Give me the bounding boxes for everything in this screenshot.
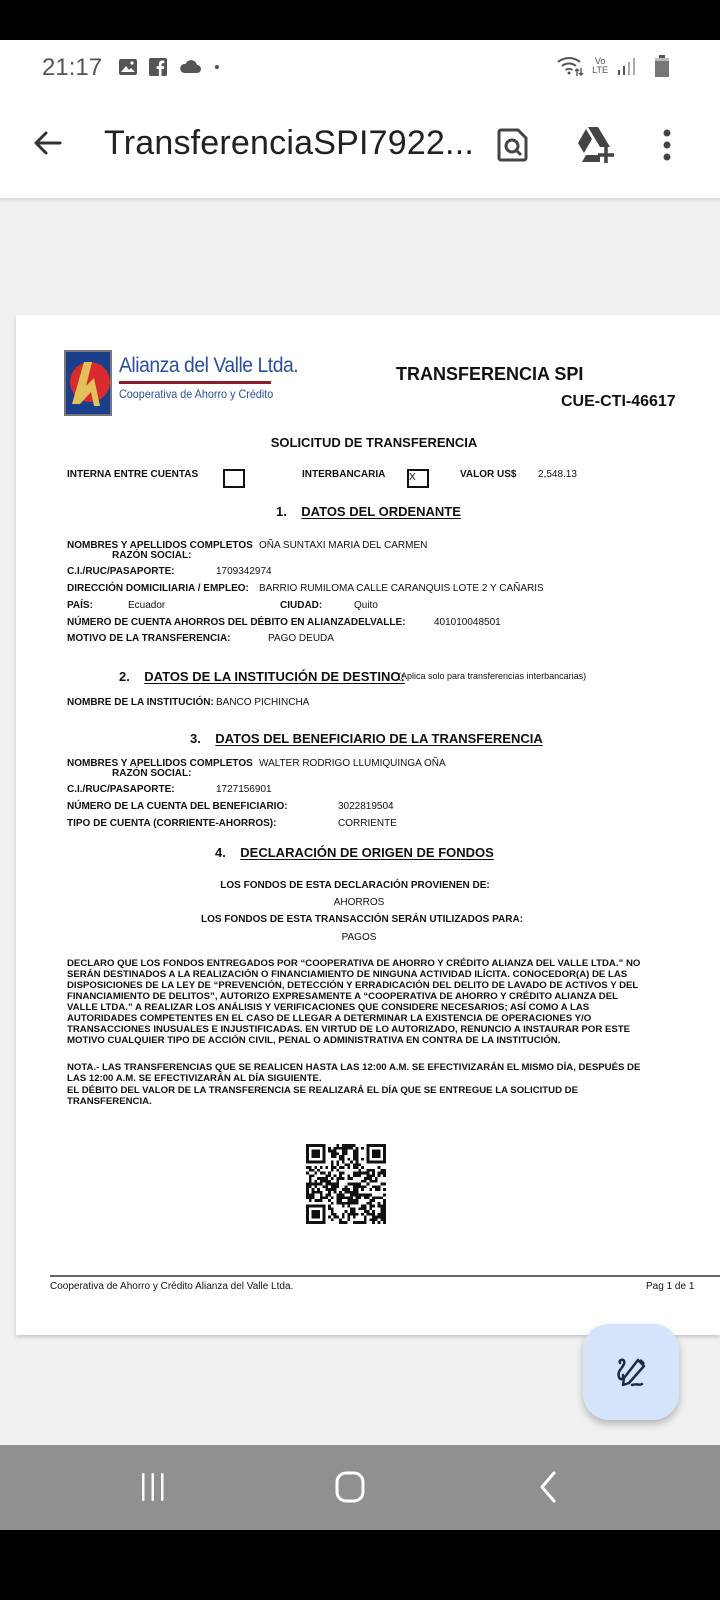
back-icon[interactable]	[536, 1469, 560, 1505]
more-vert-icon[interactable]	[656, 125, 678, 165]
beneficiary-account-value: 3022819504	[338, 801, 394, 812]
page-number: Pag 1 de 1	[646, 1281, 694, 1292]
orderer-business-name-label: RAZÓN SOCIAL:	[112, 550, 191, 561]
system-navigation-bar	[0, 1445, 720, 1530]
internal-transfer-checkbox	[223, 469, 245, 488]
funds-use-value: PAGOS	[342, 932, 377, 943]
funds-origin-value: AHORROS	[334, 897, 385, 908]
beneficiary-name-value: WALTER RODRIGO LLUMIQUINGA OÑA	[259, 758, 446, 769]
orderer-account-label: NÚMERO DE CUENTA AHORROS DEL DÉBITO EN A…	[67, 617, 406, 628]
document-title: TransferenciaSPI7922...	[104, 124, 474, 163]
add-to-drive-icon[interactable]	[574, 125, 616, 165]
home-icon[interactable]	[332, 1469, 368, 1505]
document-heading: TRANSFERENCIA SPI	[396, 364, 583, 385]
cooperative-logo	[64, 350, 112, 416]
orderer-address-label: DIRECCIÓN DOMICILIARIA / EMPLEO:	[67, 583, 249, 594]
signal-icon	[616, 55, 636, 77]
orderer-city-label: CIUDAD:	[280, 600, 322, 611]
section-4-heading: 4. DECLARACIÓN DE ORIGEN DE FONDOS	[215, 845, 494, 860]
cloud-icon	[178, 57, 202, 77]
interbank-transfer-label: INTERBANCARIA	[302, 469, 385, 480]
volte-icon: Vo LTE	[592, 57, 608, 75]
logo-underline	[119, 381, 271, 384]
orderer-country-value: Ecuador	[128, 600, 165, 611]
account-type-label: TIPO DE CUENTA (CORRIENTE-AHORROS):	[67, 818, 276, 829]
logo-subtitle: Cooperativa de Ahorro y Crédito	[119, 387, 273, 401]
document-code: CUE-CTI-46617	[561, 393, 676, 411]
app-bar: TransferenciaSPI7922...	[0, 95, 720, 198]
orderer-id-label: C.I./RUC/PASAPORTE:	[67, 566, 175, 577]
logo-name: Alianza del Valle Ltda.	[119, 354, 298, 378]
account-type-value: CORRIENTE	[338, 818, 397, 829]
transfer-reason-value: PAGO DEUDA	[268, 633, 334, 644]
orderer-account-value: 401010048501	[434, 617, 501, 628]
camera-cutout-area	[0, 0, 720, 40]
institution-label: NOMBRE DE LA INSTITUCIÓN:	[67, 697, 214, 708]
dot-icon	[212, 57, 226, 77]
schedule-note: NOTA.- LAS TRANSFERENCIAS QUE SE REALICE…	[67, 1062, 647, 1084]
funds-origin-label: LOS FONDOS DE ESTA DECLARACIÓN PROVIENEN…	[220, 880, 489, 891]
bottom-bezel	[0, 1530, 720, 1600]
value-label: VALOR US$	[460, 469, 517, 480]
section-1-heading: 1. DATOS DEL ORDENANTE	[276, 504, 461, 519]
orderer-name-value: OÑA SUNTAXI MARIA DEL CARMEN	[259, 540, 427, 551]
funds-use-label: LOS FONDOS DE ESTA TRANSACCIÓN SERÁN UTI…	[201, 914, 523, 925]
section-3-heading: 3. DATOS DEL BENEFICIARIO DE LA TRANSFER…	[190, 731, 543, 746]
orderer-address-value: BARRIO RUMILOMA CALLE CARANQUIS LOTE 2 Y…	[259, 583, 544, 594]
institution-value: BANCO PICHINCHA	[216, 697, 309, 708]
annotate-pen-icon	[614, 1355, 648, 1389]
footer-organization: Cooperativa de Ahorro y Crédito Alianza …	[50, 1281, 293, 1292]
transfer-reason-label: MOTIVO DE LA TRANSFERENCIA:	[67, 633, 231, 644]
beneficiary-account-label: NÚMERO DE LA CUENTA DEL BENEFICIARIO:	[67, 801, 288, 812]
section-2-note: (Aplica solo para transferencias interba…	[398, 671, 586, 681]
orderer-country-label: PAÍS:	[67, 600, 93, 611]
back-arrow-icon[interactable]	[30, 125, 66, 161]
qr-code	[306, 1144, 386, 1224]
internal-transfer-label: INTERNA ENTRE CUENTAS	[67, 469, 198, 480]
pdf-page: Alianza del Valle Ltda. Cooperativa de A…	[16, 315, 720, 1335]
beneficiary-id-value: 1727156901	[216, 784, 272, 795]
status-bar: 21:17 Vo LTE	[0, 40, 720, 95]
wifi-icon	[556, 54, 584, 78]
orderer-id-value: 1709342974	[216, 566, 272, 577]
request-title: SOLICITUD DE TRANSFERENCIA	[271, 435, 478, 450]
interbank-transfer-checkbox: X	[407, 469, 429, 488]
debit-note: EL DÉBITO DEL VALOR DE LA TRANSFERENCIA …	[67, 1085, 647, 1107]
gallery-icon	[118, 57, 138, 77]
battery-icon	[654, 54, 670, 78]
value-amount: 2,548.13	[538, 469, 577, 480]
beneficiary-id-label: C.I./RUC/PASAPORTE:	[67, 784, 175, 795]
orderer-city-value: Quito	[354, 600, 378, 611]
find-in-document-icon[interactable]	[496, 127, 530, 163]
pdf-viewer[interactable]: Alianza del Valle Ltda. Cooperativa de A…	[0, 198, 720, 1445]
status-time: 21:17	[42, 54, 102, 82]
footer-divider	[50, 1275, 720, 1277]
recents-icon[interactable]	[138, 1469, 168, 1505]
facebook-icon	[148, 57, 168, 77]
section-2-heading: 2. DATOS DE LA INSTITUCIÓN DE DESTINO:	[119, 669, 405, 684]
annotate-button[interactable]	[583, 1324, 679, 1420]
beneficiary-business-name-label: RAZÓN SOCIAL:	[112, 768, 191, 779]
declaration-paragraph: DECLARO QUE LOS FONDOS ENTREGADOS POR “C…	[67, 958, 647, 1046]
